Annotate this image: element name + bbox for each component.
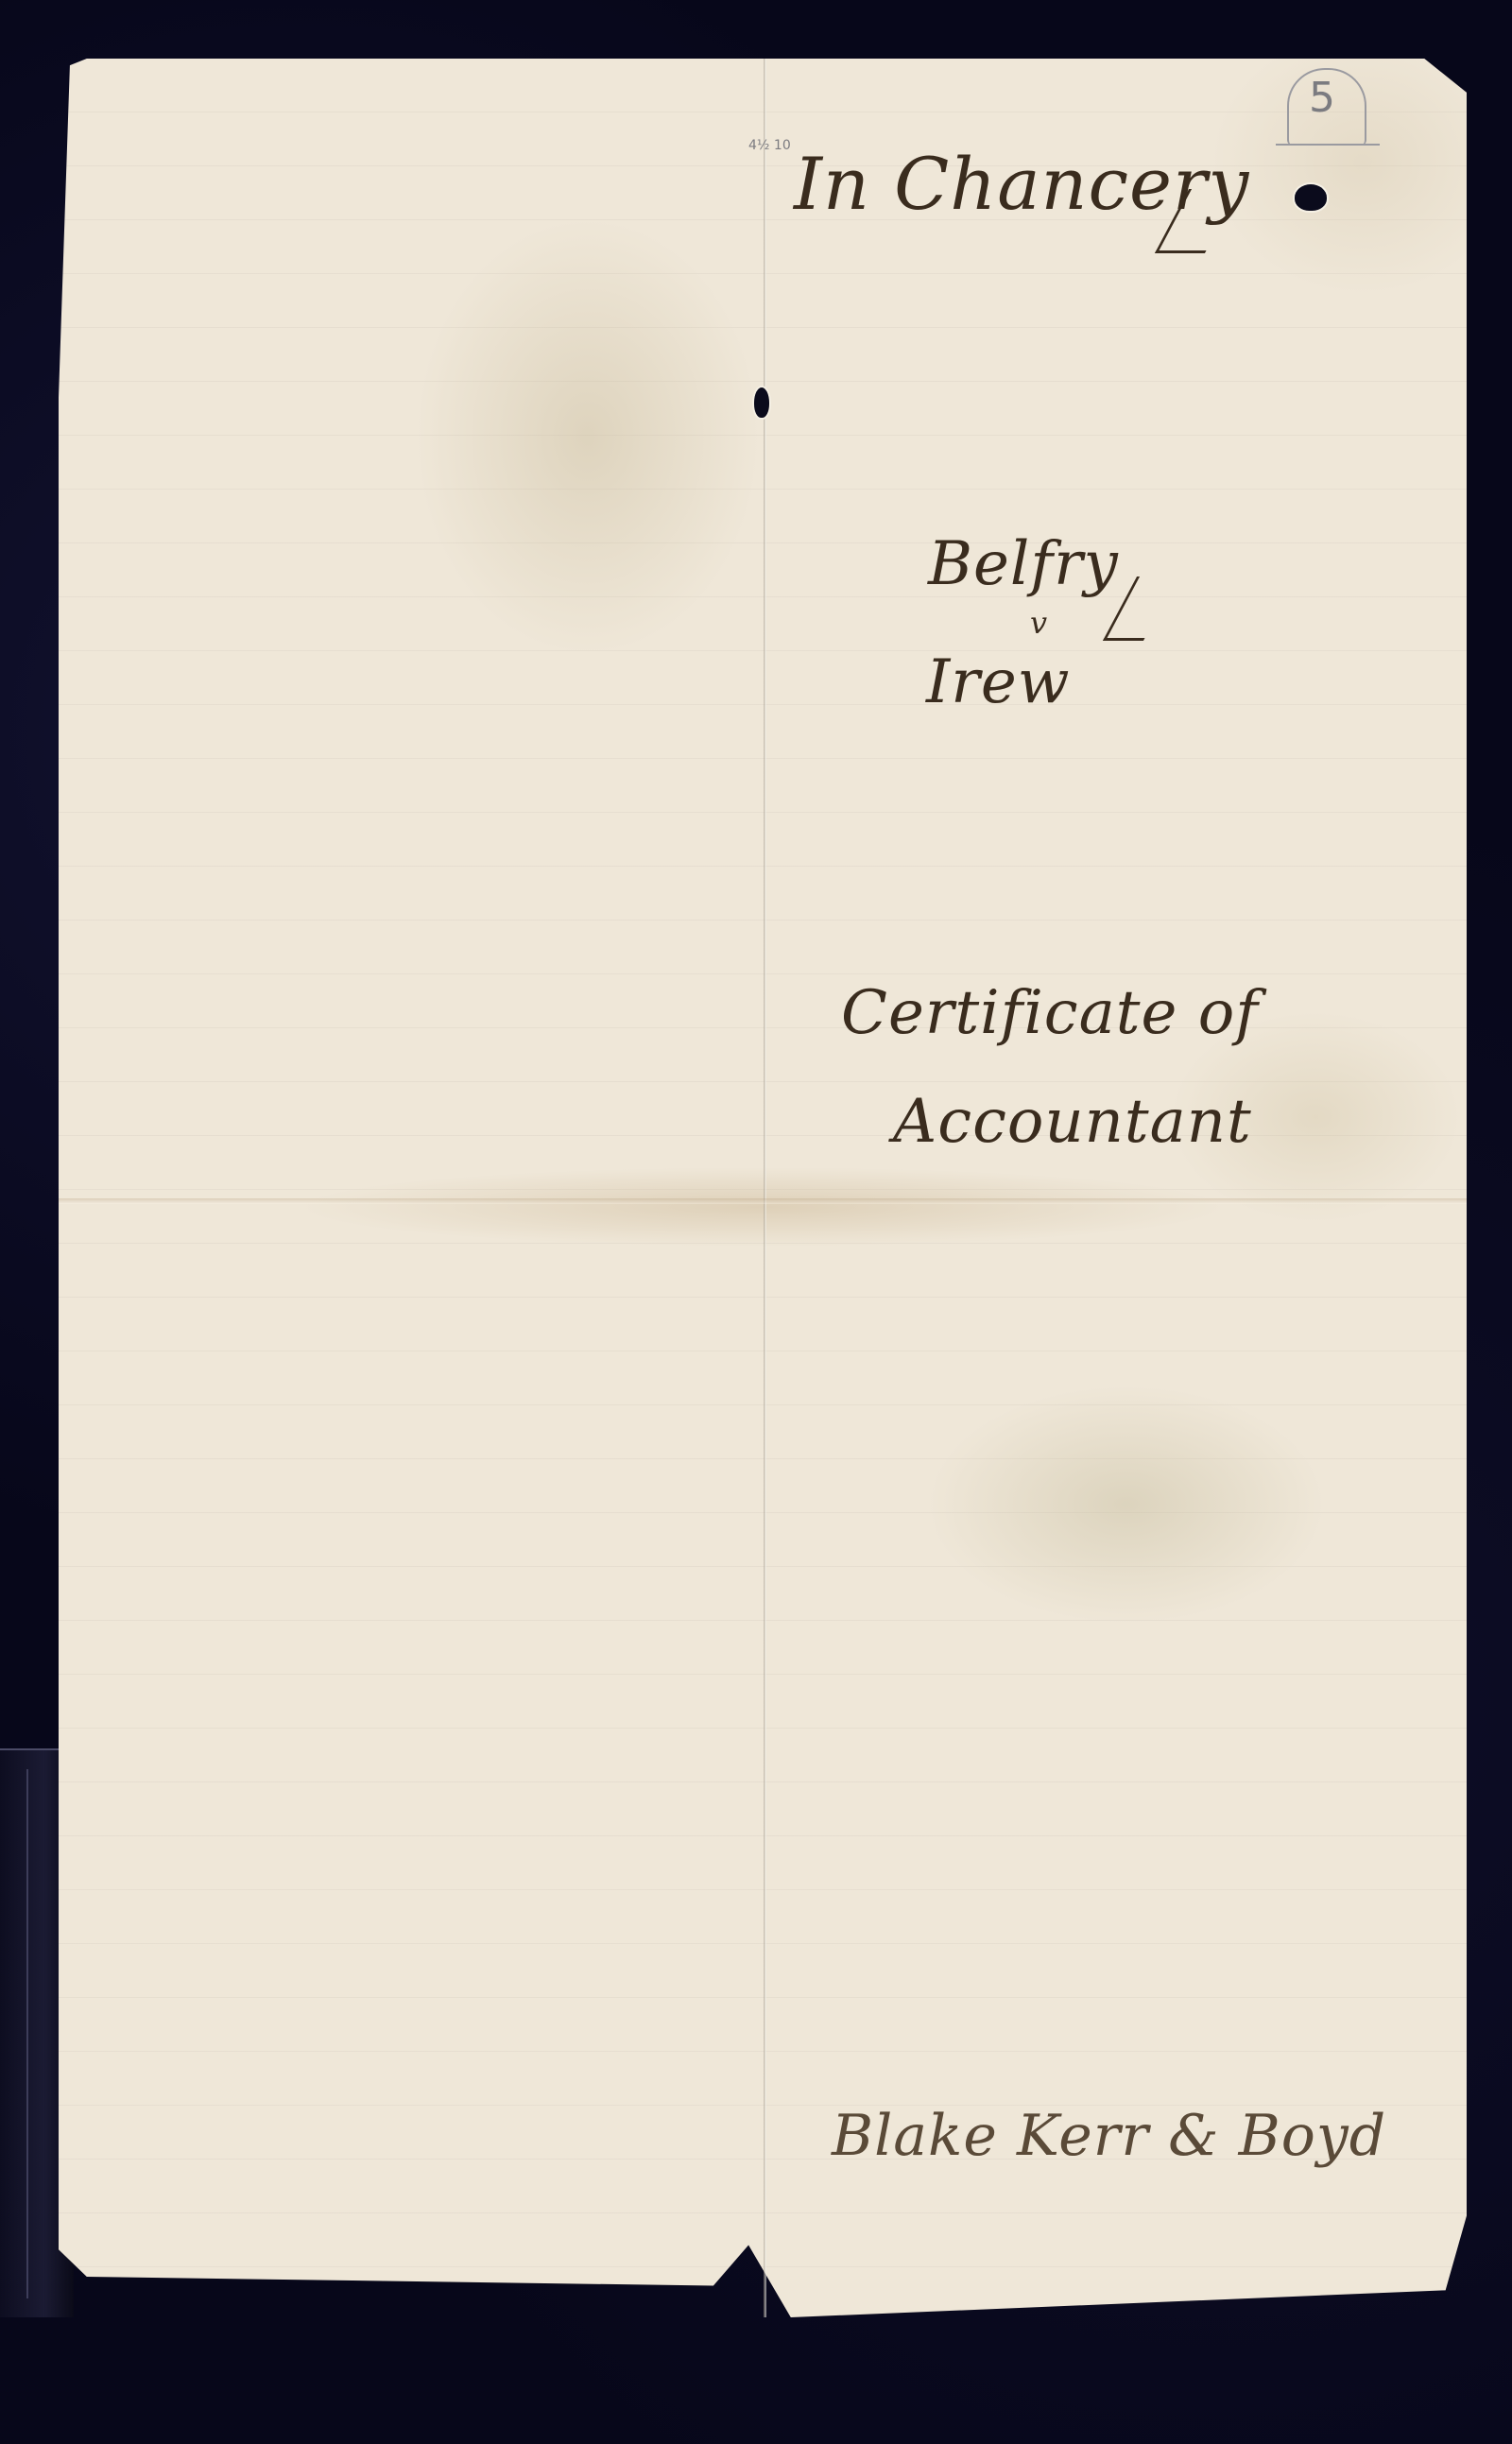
margin-note: 4½ 10 xyxy=(748,138,791,153)
solicitors-signature: Blake Kerr & Boyd xyxy=(832,2103,1386,2169)
pencil-underline xyxy=(1276,144,1380,146)
horizontal-fold-crease xyxy=(59,1198,1467,1204)
title-accountant: Accountant xyxy=(893,1087,1252,1157)
title-certificate-of: Certificate of xyxy=(841,978,1259,1048)
punch-hole-fold xyxy=(754,387,769,418)
case-plaintiff: Belfry xyxy=(928,529,1119,599)
case-versus: v xyxy=(1030,605,1048,641)
case-defendant: Irew xyxy=(926,647,1071,717)
pencil-page-number: 5 xyxy=(1309,74,1335,122)
punch-hole-top-right xyxy=(1295,184,1327,211)
